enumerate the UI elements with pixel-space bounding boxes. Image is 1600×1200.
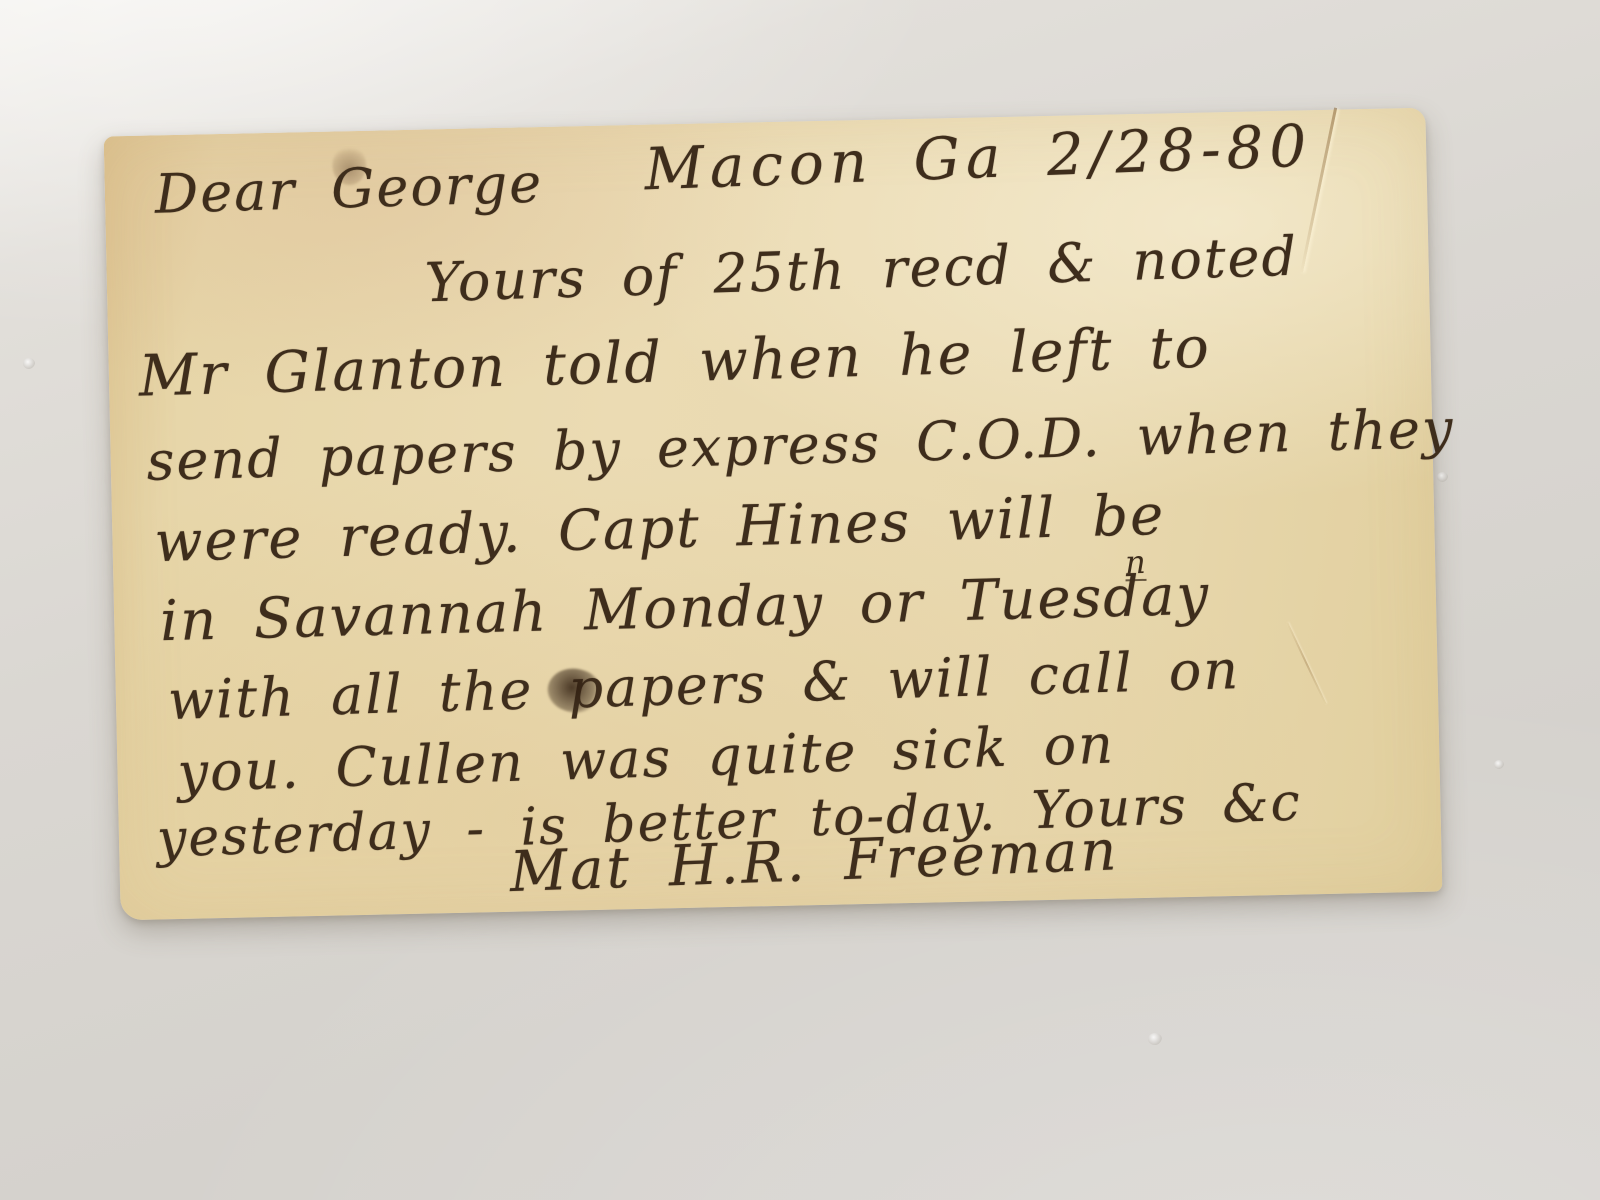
surface-speck — [1437, 472, 1448, 482]
body-line-1: Yours of 25th recd & noted — [424, 225, 1299, 315]
inserted-letter-correction: n — [1125, 546, 1146, 581]
body-line-2: Mr Glanton told when he left to — [138, 315, 1212, 410]
salutation: Dear George — [154, 152, 544, 226]
surface-speck — [1494, 760, 1504, 769]
surface-speck — [1148, 1033, 1162, 1045]
dateline: Macon Ga 2/28-80 — [643, 112, 1313, 204]
photo-background: Dear George Macon Ga 2/28-80 Yours of 25… — [0, 0, 1600, 1200]
postcard: Dear George Macon Ga 2/28-80 Yours of 25… — [104, 108, 1443, 921]
paper-crease — [1286, 622, 1326, 704]
surface-speck — [23, 358, 35, 369]
body-line-5: in Savannah Monday or Tuesday — [159, 563, 1210, 655]
body-line-4: were ready. Capt Hines will be — [154, 483, 1166, 575]
body-line-3: send papers by express C.O.D. when they — [146, 397, 1455, 493]
